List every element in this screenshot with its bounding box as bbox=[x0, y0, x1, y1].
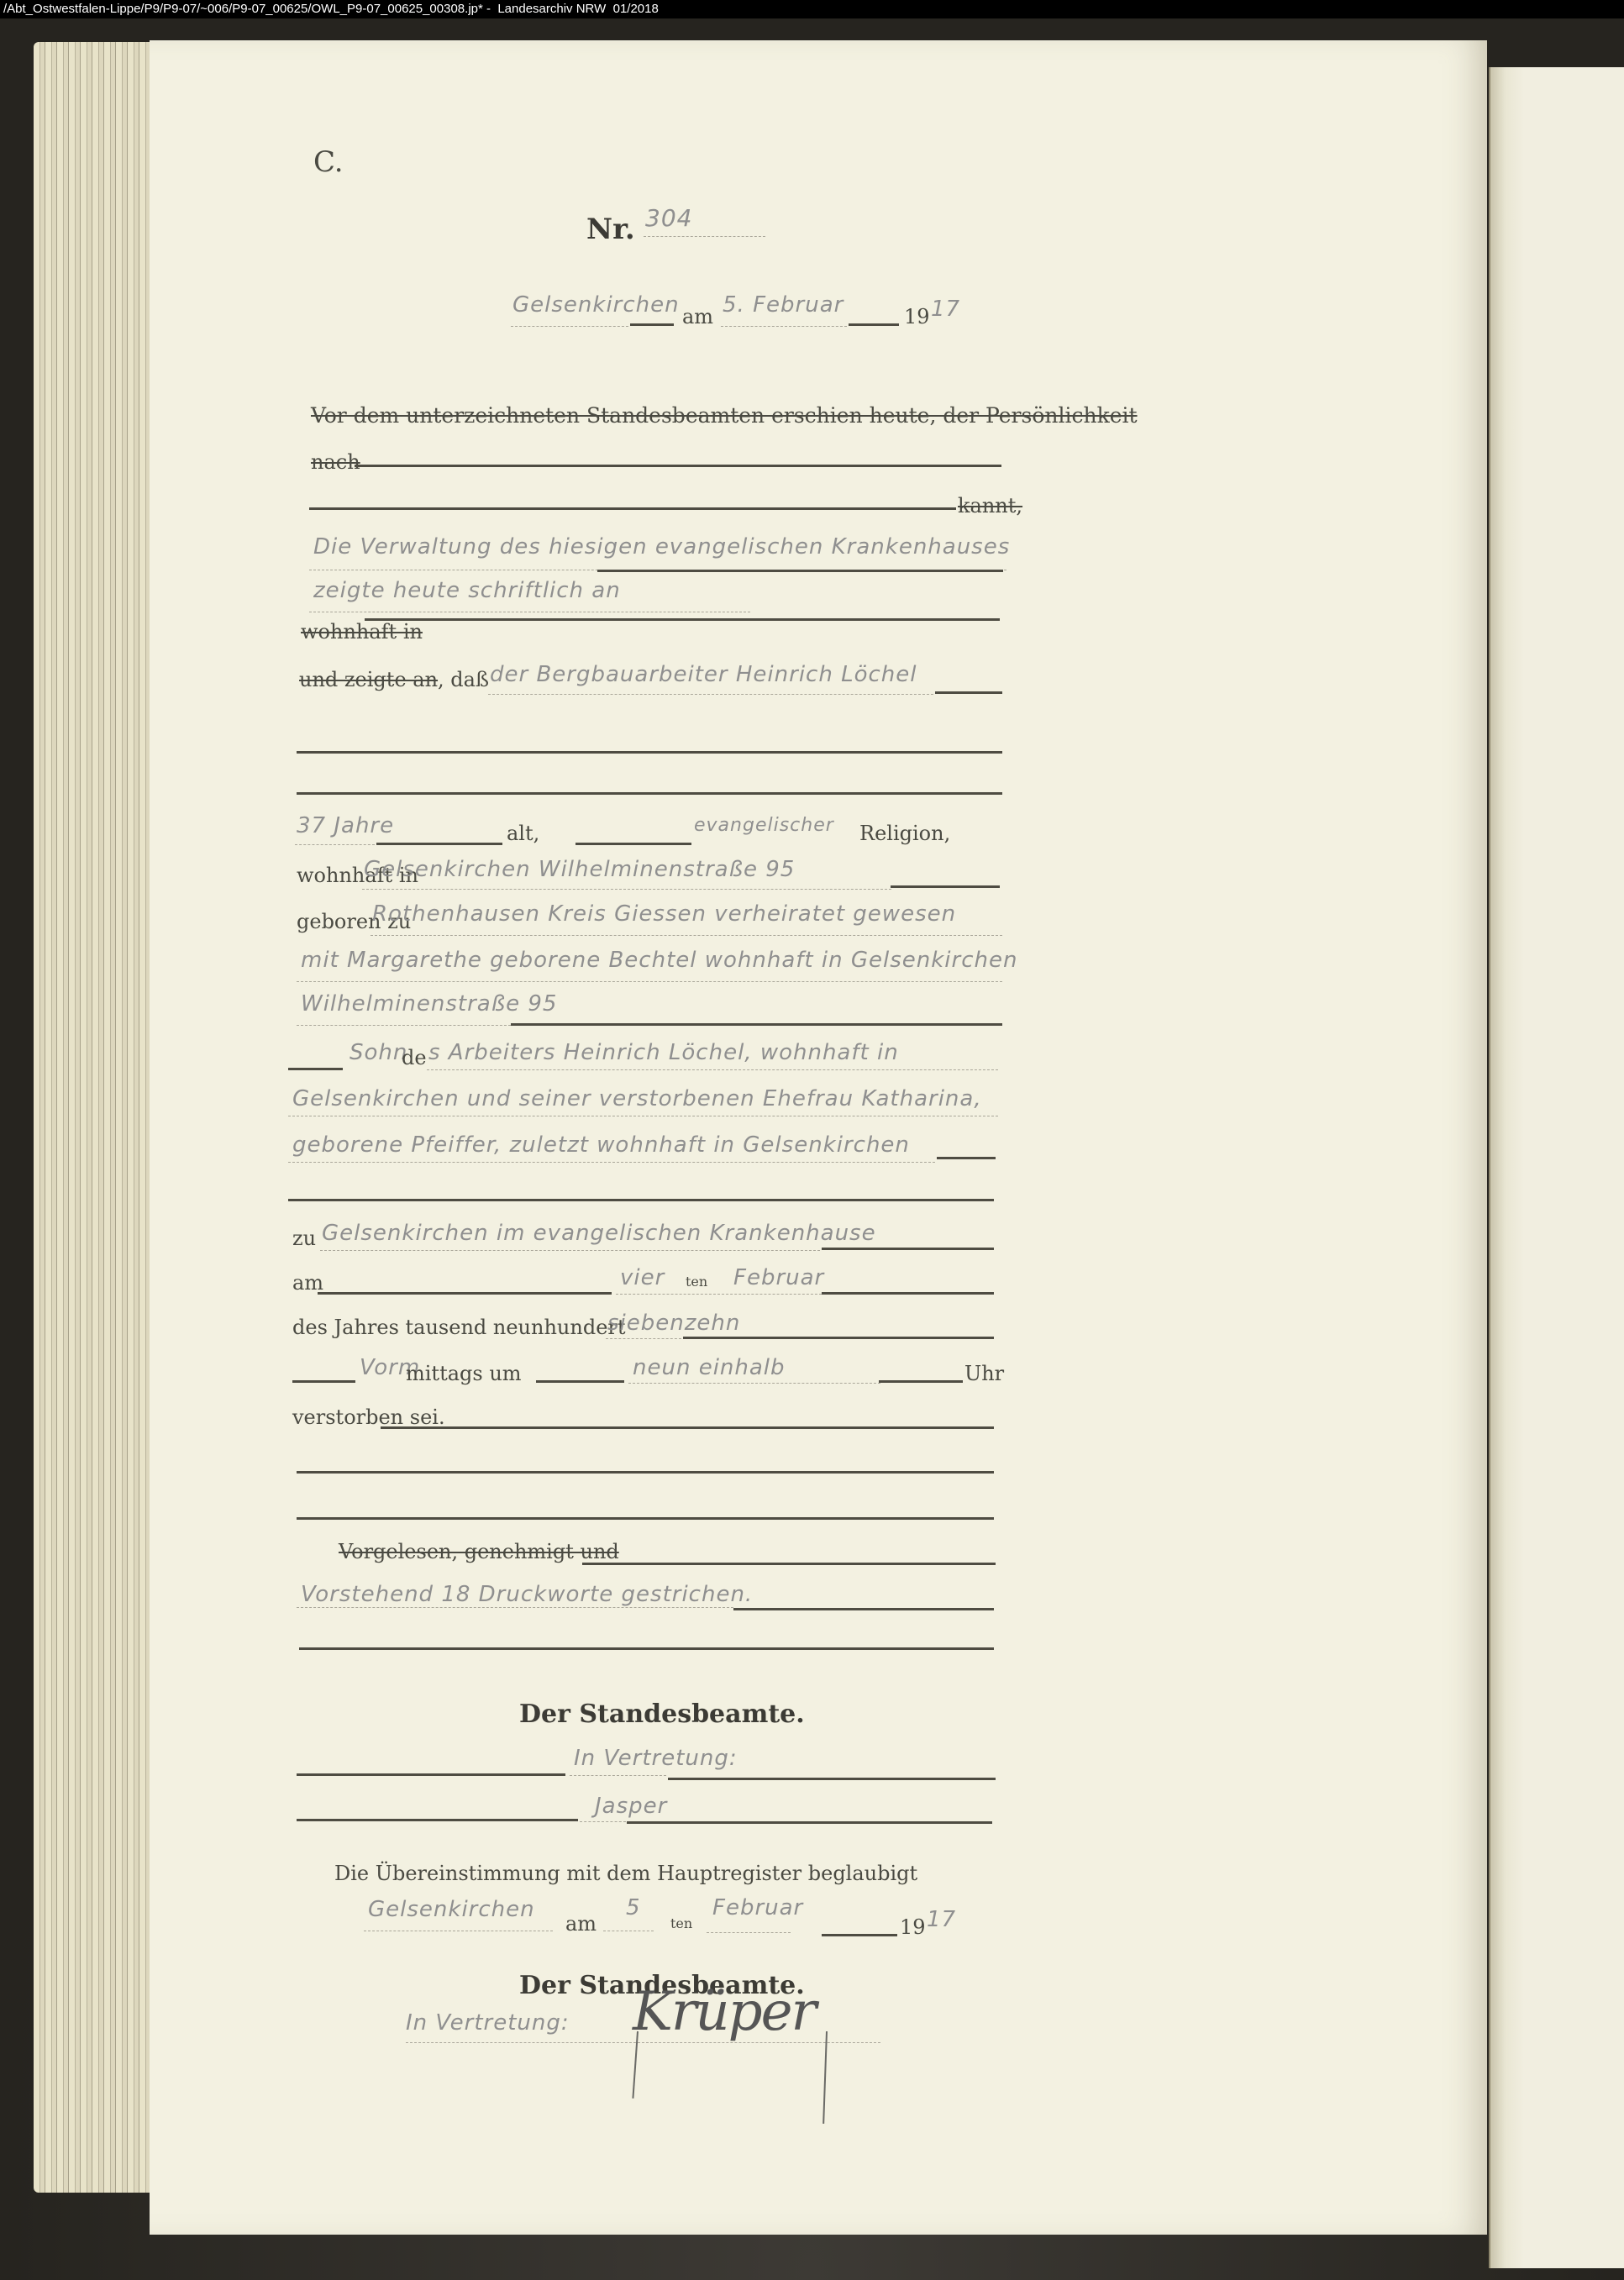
und-zeigte-line: und zeigte an, daß bbox=[299, 668, 489, 691]
place-rule bbox=[630, 323, 674, 326]
registrar-rule-right1 bbox=[668, 1778, 996, 1780]
certification-text: Die Übereinstimmung mit dem Hauptregiste… bbox=[334, 1862, 917, 1885]
parents-dash1 bbox=[427, 1069, 998, 1070]
cert-am: am bbox=[565, 1912, 597, 1936]
registrar-rule-left2 bbox=[297, 1819, 578, 1821]
uhr-label: Uhr bbox=[964, 1362, 1004, 1385]
death-month-rule bbox=[822, 1292, 994, 1295]
kannt-struck: kannt, bbox=[958, 494, 1022, 517]
registrar-signature: Krüper bbox=[633, 1981, 815, 2043]
informant-rule2 bbox=[597, 570, 1003, 572]
time-rule bbox=[536, 1380, 624, 1383]
birthplace-line1: Rothenhausen Kreis Giessen verheiratet g… bbox=[372, 901, 956, 927]
residence-rule bbox=[891, 885, 1000, 888]
rule-blank2 bbox=[297, 792, 1002, 795]
birthplace-line2: mit Margarethe geborene Bechtel wohnhaft… bbox=[301, 948, 1017, 973]
registrar-dash2 bbox=[580, 1821, 626, 1822]
son-rule bbox=[288, 1068, 343, 1070]
birthplace-rule3 bbox=[511, 1023, 1002, 1026]
date-dash bbox=[721, 326, 847, 327]
registrar-heading: Der Standesbeamte. bbox=[519, 1699, 805, 1729]
death-day-dash bbox=[616, 1294, 822, 1295]
cert-year-prefix: 19 bbox=[900, 1915, 926, 1939]
time-prefix-rule bbox=[292, 1380, 355, 1383]
parents-line1: s Arbeiters Heinrich Löchel, wohnhaft in bbox=[428, 1040, 899, 1065]
number-label: Nr. bbox=[586, 213, 635, 246]
registrar-name: Jasper bbox=[595, 1794, 667, 1819]
facing-page bbox=[1489, 67, 1624, 2268]
alt-label: alt, bbox=[507, 822, 539, 845]
cert-year-suffix: 17 bbox=[927, 1907, 956, 1932]
deceased-rule bbox=[935, 691, 1002, 694]
rule-wohnhaft bbox=[365, 618, 1000, 621]
age-dash bbox=[295, 844, 375, 845]
zu-label: zu bbox=[292, 1227, 316, 1250]
birthplace-line3: Wilhelminenstraße 95 bbox=[301, 991, 557, 1017]
religion-rule bbox=[575, 843, 691, 845]
intro-struck-text: Vor dem unterzeichneten Standesbeamten e… bbox=[311, 403, 1138, 428]
nach-struck: nach bbox=[311, 450, 360, 474]
year-words: siebenzehn bbox=[607, 1311, 740, 1336]
cert-month: Februar bbox=[712, 1895, 803, 1920]
und-zeigte-struck: und zeigte an bbox=[299, 668, 438, 691]
rule-blank3 bbox=[288, 1199, 994, 1201]
wohnhaft-struck: wohnhaft in bbox=[301, 620, 423, 644]
vorgelesen-rule bbox=[582, 1563, 996, 1565]
parents-dash2 bbox=[288, 1116, 998, 1116]
book-page-edges bbox=[34, 42, 151, 2193]
ten-label: ten bbox=[686, 1274, 707, 1290]
registrar-vertretung: In Vertretung: bbox=[574, 1746, 738, 1771]
note-dash bbox=[297, 1607, 733, 1608]
rule-blank5 bbox=[297, 1517, 994, 1520]
death-place-dash bbox=[320, 1250, 820, 1251]
rule-blank1 bbox=[297, 751, 1002, 754]
window-title: /Abt_Ostwestfalen-Lippe/P9/P9-07/~006/P9… bbox=[0, 0, 1624, 18]
cert-place-dash bbox=[364, 1931, 553, 1931]
am-rule bbox=[318, 1292, 612, 1295]
rule-blank6 bbox=[299, 1647, 994, 1650]
rule-blank4 bbox=[297, 1471, 994, 1474]
registrar-rule-left1 bbox=[297, 1773, 565, 1776]
death-month: Februar bbox=[733, 1265, 824, 1290]
mittags-label: mittags um bbox=[406, 1362, 522, 1385]
rule-nach bbox=[355, 465, 1001, 467]
date-value: 5. Februar bbox=[723, 292, 844, 318]
birthplace-dash1 bbox=[371, 935, 1002, 936]
year-words-rule bbox=[683, 1337, 994, 1339]
informant-line2: zeigte heute schriftlich an bbox=[313, 578, 621, 603]
death-place-rule bbox=[822, 1248, 994, 1250]
age-value: 37 Jahre bbox=[297, 813, 394, 838]
parents-rule3 bbox=[937, 1157, 996, 1159]
rule-kannt bbox=[309, 507, 956, 510]
verstorben-rule bbox=[381, 1426, 994, 1429]
year-label: des Jahres tausend neunhundert bbox=[292, 1316, 626, 1339]
des-label: de bbox=[402, 1046, 427, 1069]
deceased-value: der Bergbauarbeiter Heinrich Löchel bbox=[490, 662, 917, 687]
residence-value: Gelsenkirchen Wilhelminenstraße 95 bbox=[364, 857, 795, 882]
informant-line1: Die Verwaltung des hiesigen evangelische… bbox=[313, 534, 1010, 559]
uhr-rule bbox=[879, 1380, 963, 1383]
cert-month-rule bbox=[822, 1934, 897, 1936]
cert-month-dash bbox=[707, 1932, 791, 1933]
register-page: C. Nr. 304 Gelsenkirchen am 5. Februar 1… bbox=[150, 40, 1487, 2235]
verstorben-label: verstorben sei. bbox=[292, 1405, 445, 1429]
time-value: neun einhalb bbox=[633, 1355, 786, 1380]
cert-ten: ten bbox=[670, 1915, 692, 1931]
year-prefix: 19 bbox=[904, 305, 930, 328]
number-value: 304 bbox=[645, 204, 692, 232]
birthplace-dash2 bbox=[297, 981, 1002, 982]
religion-value: evangelischer bbox=[694, 815, 834, 836]
time-dash bbox=[628, 1383, 880, 1384]
place-value: Gelsenkirchen bbox=[512, 292, 680, 318]
parents-line2: Gelsenkirchen und seiner verstorbenen Eh… bbox=[292, 1086, 982, 1111]
place-dash bbox=[511, 326, 628, 327]
am-label: am bbox=[682, 305, 713, 328]
cert-day-dash bbox=[603, 1931, 654, 1931]
death-day: vier bbox=[620, 1265, 665, 1290]
year-words-dash bbox=[606, 1338, 681, 1339]
birthplace-dash3 bbox=[297, 1025, 511, 1026]
deceased-dash bbox=[488, 694, 933, 695]
date-rule bbox=[849, 323, 899, 326]
parents-line3: geborene Pfeiffer, zuletzt wohnhaft in G… bbox=[292, 1132, 910, 1158]
parents-dash3 bbox=[288, 1162, 935, 1163]
son-value: Sohn bbox=[350, 1040, 407, 1065]
year-suffix: 17 bbox=[931, 297, 960, 322]
registrar-rule-right2 bbox=[627, 1821, 992, 1824]
cert-day: 5 bbox=[626, 1895, 641, 1920]
religion-label: Religion, bbox=[859, 822, 950, 845]
dass-label: , daß bbox=[438, 668, 489, 691]
vorgelesen-struck: Vorgelesen, genehmigt und bbox=[339, 1540, 619, 1563]
struck-words-note: Vorstehend 18 Druckworte gestrichen. bbox=[301, 1582, 753, 1607]
informant-dash2 bbox=[309, 612, 750, 612]
cert-place: Gelsenkirchen bbox=[368, 1897, 535, 1922]
cert-vertretung: In Vertretung: bbox=[406, 2010, 570, 2036]
note-rule bbox=[733, 1608, 994, 1610]
residence-dash bbox=[362, 889, 891, 890]
age-rule bbox=[376, 843, 502, 845]
death-place: Gelsenkirchen im evangelischen Krankenha… bbox=[322, 1221, 876, 1246]
number-dash bbox=[644, 236, 765, 237]
form-letter: C. bbox=[313, 145, 344, 179]
am-label2: am bbox=[292, 1271, 323, 1295]
registrar-dash1 bbox=[570, 1775, 666, 1776]
signature-stroke-2 bbox=[823, 2031, 828, 2124]
